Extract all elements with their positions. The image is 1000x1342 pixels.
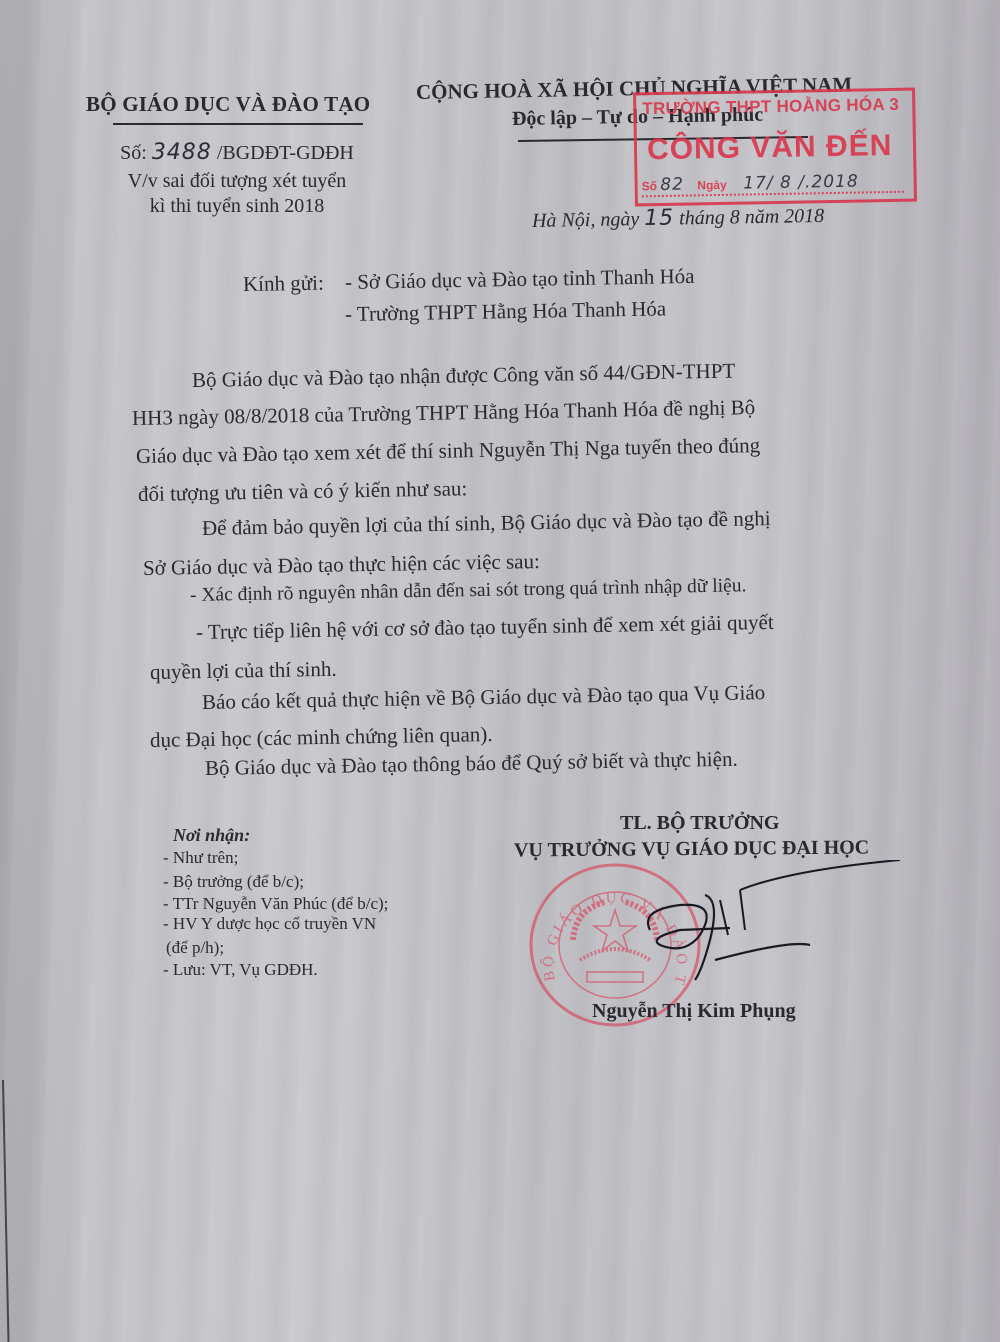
page-edge bbox=[2, 1080, 9, 1342]
stamp-school-name: TRƯỜNG THPT HOẰNG HÓA 3 bbox=[642, 95, 899, 119]
body-line: HH3 ngày 08/8/2018 của Trường THPT Hằng … bbox=[132, 395, 756, 431]
body-line: Giáo dục và Đào tạo xem xét để thí sinh … bbox=[136, 433, 761, 469]
doc-number-handwritten: 3488 bbox=[152, 140, 212, 165]
body-line: đối tượng ưu tiên và có ý kiến như sau: bbox=[138, 476, 468, 507]
signature-title-1: TL. BỘ TRƯỞNG bbox=[620, 812, 779, 835]
body-line: Sở Giáo dục và Đào tạo thực hiện các việ… bbox=[143, 549, 540, 581]
cc-item: - TTr Nguyễn Văn Phúc (để b/c); bbox=[163, 894, 388, 914]
cc-item: - Lưu: VT, Vụ GDĐH. bbox=[163, 960, 318, 980]
subject-line-1: V/v sai đối tượng xét tuyển bbox=[112, 170, 362, 193]
cc-item: - Bộ trưởng (để b/c); bbox=[163, 872, 304, 892]
stamp-number-label: Số bbox=[642, 179, 658, 193]
ministry-underline bbox=[113, 123, 363, 125]
recipient-2: - Trường THPT Hằng Hóa Thanh Hóa bbox=[345, 296, 667, 327]
body-line: Bộ Giáo dục và Đào tạo thông báo để Quý … bbox=[205, 747, 738, 781]
ministry-name: BỘ GIÁO DỤC VÀ ĐÀO TẠO bbox=[86, 92, 370, 117]
stamp-number-date: Số 82 Ngày 17/ 8 /.2018 bbox=[641, 171, 903, 198]
doc-number-label: Số: bbox=[120, 142, 147, 164]
received-stamp: TRƯỜNG THPT HOẰNG HÓA 3 CÔNG VĂN ĐẾN Số … bbox=[633, 88, 917, 207]
body-line: quyền lợi của thí sinh. bbox=[150, 657, 337, 685]
body-line: Bộ Giáo dục và Đào tạo nhận được Công vă… bbox=[192, 359, 736, 393]
doc-number-suffix: /BGDĐT-GDĐH bbox=[217, 142, 354, 164]
stamp-number-value: 82 bbox=[660, 175, 684, 195]
cc-item: (để p/h); bbox=[166, 938, 224, 958]
body-line: - Trực tiếp liên hệ với cơ sở đào tạo tu… bbox=[196, 610, 774, 645]
document-page: BỘ GIÁO DỤC VÀ ĐÀO TẠO Số: 3488 /BGDĐT-G… bbox=[0, 0, 1000, 1342]
stamp-date-value: 17/ 8 /.2018 bbox=[743, 172, 859, 194]
body-line: Để đảm bảo quyền lợi của thí sinh, Bộ Gi… bbox=[202, 506, 771, 541]
cc-item: - Như trên; bbox=[163, 848, 238, 868]
handwritten-signature-icon bbox=[640, 860, 920, 990]
signatory-name: Nguyễn Thị Kim Phụng bbox=[592, 1000, 796, 1023]
subject-line-2: kì thi tuyển sinh 2018 bbox=[112, 195, 362, 218]
place-date-prefix: Hà Nội, ngày bbox=[532, 208, 640, 232]
place-date-suffix: tháng 8 năm 2018 bbox=[679, 205, 824, 230]
place-and-date: Hà Nội, ngày 15 tháng 8 năm 2018 bbox=[532, 203, 825, 233]
place-date-day: 15 bbox=[644, 206, 674, 232]
body-line: - Xác định rõ nguyên nhân dẫn đến sai só… bbox=[190, 575, 747, 607]
cc-title: Nơi nhận: bbox=[173, 825, 250, 846]
recipients-label: Kính gửi: bbox=[243, 271, 324, 297]
stamp-date-label: Ngày bbox=[697, 178, 727, 193]
cc-item: - HV Y dược học cổ truyền VN bbox=[163, 914, 376, 934]
recipient-1: - Sở Giáo dục và Đào tạo tỉnh Thanh Hóa bbox=[345, 264, 695, 295]
body-line: Báo cáo kết quả thực hiện về Bộ Giáo dục… bbox=[202, 680, 766, 715]
document-number: Số: 3488 /BGDĐT-GDĐH bbox=[112, 140, 362, 165]
body-line: dục Đại học (các minh chứng liên quan). bbox=[150, 722, 493, 753]
signature-title-2: VỤ TRƯỞNG VỤ GIÁO DỤC ĐẠI HỌC bbox=[514, 836, 869, 862]
stamp-title: CÔNG VĂN ĐẾN bbox=[647, 129, 893, 167]
